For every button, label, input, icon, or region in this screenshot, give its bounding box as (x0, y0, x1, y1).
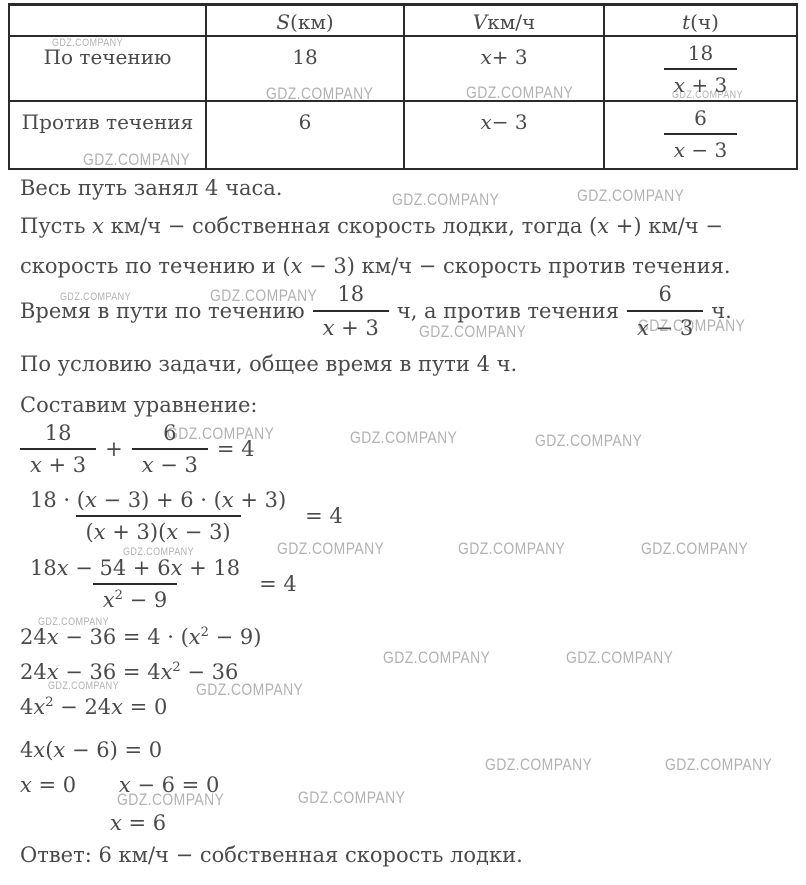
fraction: 6 x − 3 (664, 106, 737, 162)
equation-linear-1: 24x − 36 = 4 · (x2 − 9) (20, 624, 261, 650)
solution-page: GDZ.COMPANYGDZ.COMPANYGDZ.COMPANYGDZ.COM… (0, 0, 806, 885)
watermark: GDZ.COMPANY (665, 756, 772, 773)
equation-rhs: = 4 (259, 572, 297, 596)
watermark: GDZ.COMPANY (535, 432, 642, 449)
equation-rhs: = 4 (217, 437, 255, 461)
fraction: 18 x + 3 (313, 281, 389, 341)
watermark: GDZ.COMPANY (350, 429, 457, 446)
fraction-numerator: 18x − 54 + 6x + 18 (20, 556, 250, 583)
col-header-speed: V км/ч (405, 6, 605, 37)
cell-speed-downstream: x + 3 (405, 37, 605, 102)
equation-root-value: x = 6 (110, 810, 166, 836)
text-total-time: Весь путь занял 4 часа. (20, 175, 282, 201)
fraction-denominator: x + 3 (20, 448, 96, 477)
text-let-x: Пусть x км/ч − собственная скорость лодк… (20, 213, 723, 239)
fraction-numerator: 6 (648, 281, 681, 310)
watermark: GDZ.COMPANY (577, 187, 684, 204)
watermark: GDZ.COMPANY (298, 789, 405, 806)
equation-factored: 4x(x − 6) = 0 (20, 737, 162, 763)
answer-line: Ответ: 6 км/ч − собственная скорость лод… (20, 842, 523, 868)
fraction-denominator: x + 3 (313, 310, 389, 341)
fraction: 6 x − 3 (627, 281, 703, 341)
text-condition: По условию задачи, общее время в пути 4 … (20, 351, 517, 377)
col-header-time: t (ч) (605, 6, 796, 37)
fraction-denominator: x2 − 9 (93, 583, 177, 612)
equation-combined-fraction: 18 · (x − 3) + 6 · (x + 3) (x + 3)(x − 3… (20, 487, 343, 545)
fraction: 6 x − 3 (132, 421, 208, 477)
fraction: 18 x + 3 (664, 41, 737, 97)
fraction-denominator: (x + 3)(x − 3) (76, 515, 241, 544)
cell-time-downstream: 18 x + 3 (605, 37, 796, 102)
fraction: 18x − 54 + 6x + 18 x2 − 9 (20, 556, 250, 612)
fraction-denominator: x − 3 (627, 310, 703, 341)
travel-prefix: Время в пути по течению (20, 298, 305, 324)
travel-suffix: ч. (711, 298, 732, 324)
text-compose-equation: Составим уравнение: (20, 392, 258, 418)
watermark: GDZ.COMPANY (641, 540, 748, 557)
equation-roots: x = 0 x − 6 = 0 (20, 772, 219, 798)
fraction: 18 · (x − 3) + 6 · (x + 3) (x + 3)(x − 3… (20, 488, 296, 544)
root-equation: x − 6 = 0 (119, 773, 219, 797)
fraction-numerator: 18 · (x − 3) + 6 · (x + 3) (20, 488, 296, 515)
row-label-upstream: Против течения (10, 102, 207, 168)
watermark: GDZ.COMPANY (383, 649, 490, 666)
watermark: GDZ.COMPANY (566, 649, 673, 666)
cell-speed-upstream: x − 3 (405, 102, 605, 168)
equation-quadratic: 4x2 − 24x = 0 (20, 694, 167, 720)
fraction-numerator: 18 (35, 421, 82, 448)
cell-distance-upstream: 6 (207, 102, 405, 168)
fraction: 18 x + 3 (20, 421, 96, 477)
equation-expanded-fraction: 18x − 54 + 6x + 18 x2 − 9 = 4 (20, 556, 297, 612)
equation-linear-2: 24x − 36 = 4x2 − 36 (20, 659, 238, 685)
equation-rhs: = 4 (305, 504, 343, 528)
fraction-denominator: x + 3 (664, 68, 737, 97)
root-zero: x = 0 (20, 773, 76, 797)
travel-middle: ч, а против течения (397, 298, 619, 324)
watermark: GDZ.COMPANY (458, 540, 565, 557)
watermark: GDZ.COMPANY (485, 756, 592, 773)
watermark: GDZ.COMPANY (392, 191, 499, 208)
fraction-numerator: 18 (327, 281, 374, 310)
cell-time-upstream: 6 x − 3 (605, 102, 796, 168)
text-speeds: скорость по течению и (x − 3) км/ч − ско… (20, 253, 731, 279)
fraction-numerator: 18 (678, 41, 723, 68)
fraction-numerator: 6 (153, 421, 186, 448)
col-header-distance: S (км) (207, 6, 405, 37)
cell-distance-downstream: 18 (207, 37, 405, 102)
row-label-downstream: По течению (10, 37, 207, 102)
rates-table: S (км) V км/ч t (ч) По течению 18 x + 3 … (8, 3, 798, 170)
fraction-denominator: x − 3 (664, 133, 737, 162)
fraction-numerator: 6 (684, 106, 717, 133)
plus-operator: + (105, 437, 123, 461)
equation-sum-fractions: 18 x + 3 + 6 x − 3 = 4 (20, 423, 255, 475)
col-header-empty (10, 6, 207, 37)
fraction-denominator: x − 3 (132, 448, 208, 477)
text-travel-time: Время в пути по течению 18 x + 3 ч, а пр… (20, 285, 732, 337)
